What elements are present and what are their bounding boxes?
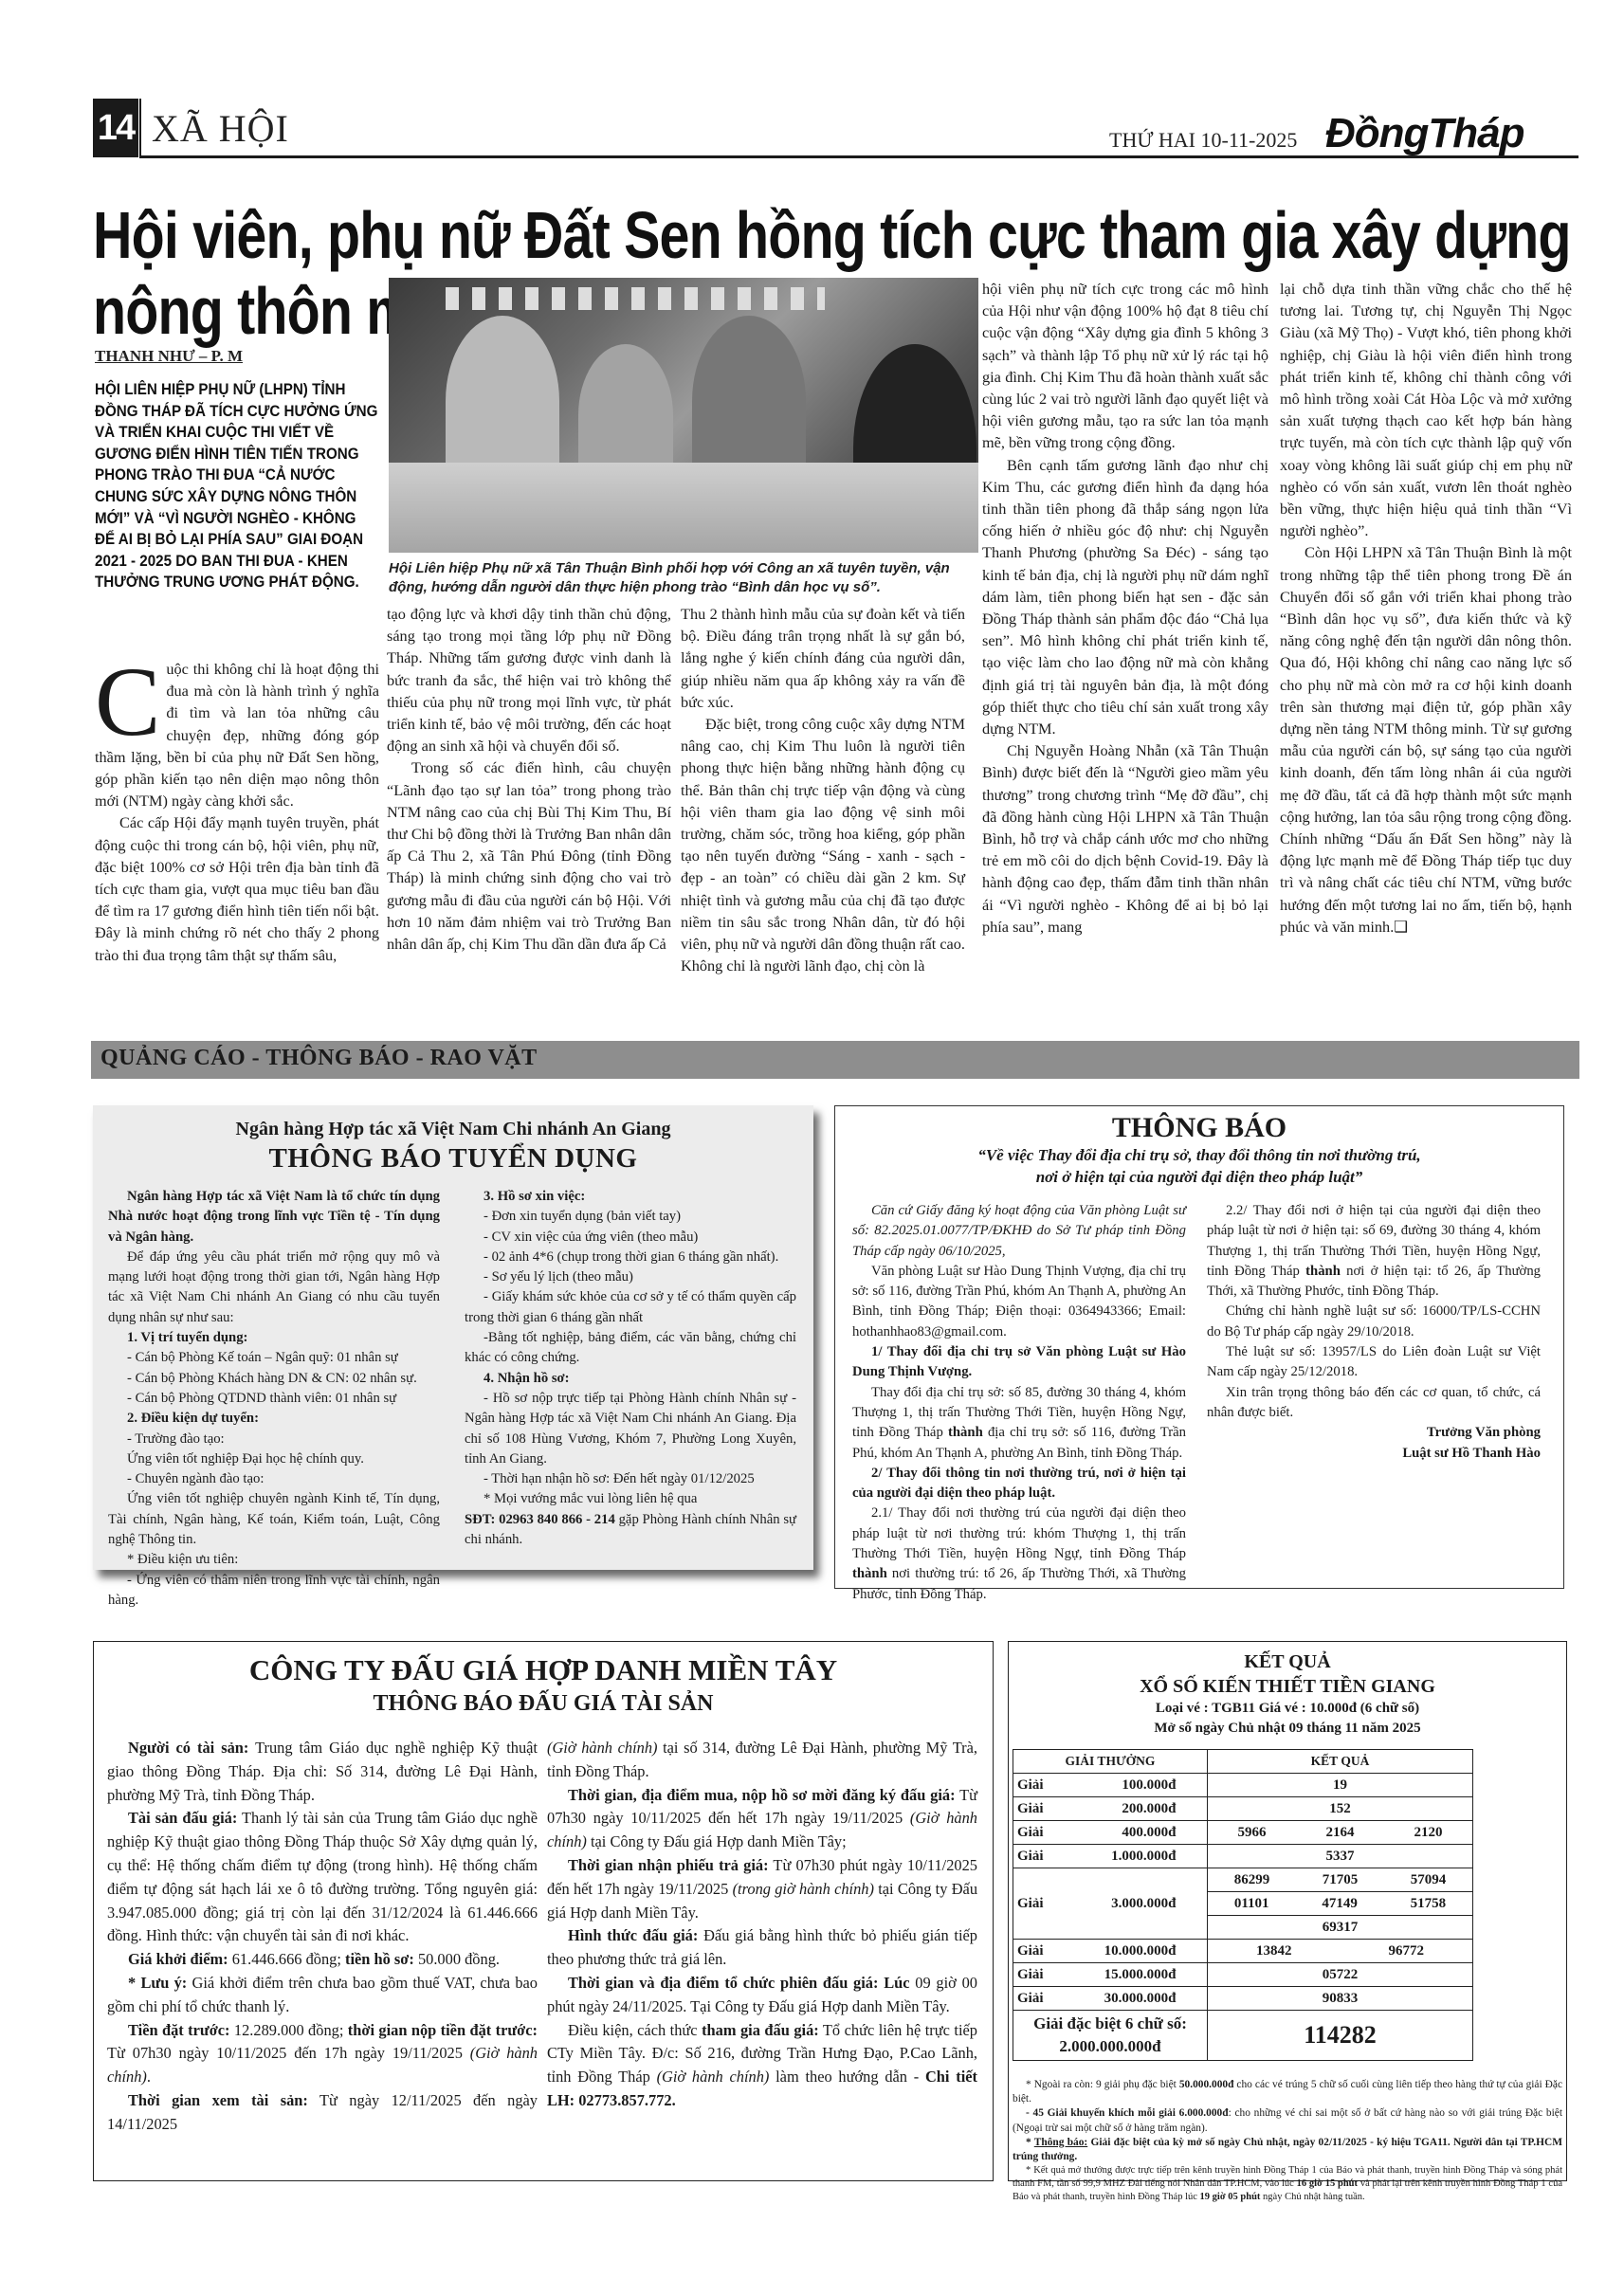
article-column-2: tạo động lực và khơi dậy tinh thần chủ đ…	[387, 603, 671, 955]
office-hours: (trong giờ hành chính)	[733, 1880, 874, 1898]
ad-column-left: Ngân hàng Hợp tác xã Việt Nam là tổ chức…	[108, 1187, 440, 1611]
label: Tài sản đấu giá:	[128, 1809, 237, 1827]
paragraph: Văn phòng Luật sư Hào Dung Thịnh Vượng, …	[852, 1264, 1186, 1320]
result-number: 47149	[1322, 1896, 1358, 1912]
column-header: GIẢI THƯỞNG	[1013, 1750, 1208, 1774]
paragraph: Thẻ luật sư số: 13957/LS do Liên đoàn Lu…	[1207, 1342, 1541, 1383]
paragraph: nơi thường trú: tổ 26, ấp Thường Thới, x…	[852, 1566, 1186, 1601]
paragraph: Đặc biệt, trong công cuộc xây dựng NTM n…	[681, 713, 965, 976]
result-number: 69317	[1208, 1916, 1473, 1940]
list-item: - CV xin việc của ứng viên (theo mẫu)	[465, 1228, 796, 1248]
column-header: KẾT QUẢ	[1208, 1750, 1473, 1774]
paragraph: Bên cạnh tấm gương lãnh đạo như chị Kim …	[982, 454, 1268, 740]
result-number: 2120	[1414, 1825, 1443, 1841]
notice-subtitle: “Về việc Thay đổi địa chỉ trụ sở, thay đ…	[835, 1144, 1563, 1188]
list-item: - Đơn xin tuyển dụng (bản viết tay)	[465, 1207, 796, 1227]
label: * Lưu ý:	[128, 1974, 187, 1992]
paragraph: Để đáp ứng yêu cầu phát triển mở rộng qu…	[108, 1248, 440, 1328]
photo-caption: Hội Liên hiệp Phụ nữ xã Tân Thuận Bình p…	[389, 559, 981, 597]
hanging-pots	[446, 287, 825, 310]
list-item: Ứng viên tốt nghiệp Đại học hệ chính quy…	[108, 1449, 440, 1469]
label: Hình thức đấu giá:	[568, 1926, 698, 1944]
section-heading: 2. Điều kiện dự tuyển:	[108, 1409, 440, 1429]
section-heading: 2/ Thay đổi thông tin nơi thường trú, nơ…	[852, 1464, 1186, 1504]
result-number: 05722	[1208, 1963, 1473, 1987]
auction-column-left: Người có tài sản: Trung tâm Giáo dục ngh…	[107, 1737, 538, 2137]
result-number: 19	[1208, 1774, 1473, 1797]
paragraph: Thu 2 thành hình mẫu của sự đoàn kết và …	[681, 603, 965, 713]
label: Giá khởi điểm:	[128, 1950, 228, 1968]
draw-date: Mở số ngày Chủ nhật 09 tháng 11 năm 2025	[1009, 1721, 1566, 1737]
paragraph: Trong số các điển hình, câu chuyện “Lãnh…	[387, 756, 671, 955]
result-number: 71705	[1323, 1872, 1359, 1888]
table-surface	[389, 463, 978, 553]
list-item: - Giấy khám sức khỏe của cơ sở y tế có t…	[465, 1287, 796, 1328]
label: tham gia đấu giá:	[702, 2021, 819, 2039]
auction-column-right: (Giờ hành chính) tại số 314, đường Lê Đạ…	[547, 1737, 977, 2113]
paragraph: Xin trân trọng thông báo đến các cơ quan…	[1207, 1383, 1541, 1424]
article-photo	[389, 278, 978, 553]
note-bold: - 45 Giải khuyến khích mỗi giải 6.000.00…	[1026, 2107, 1229, 2119]
result-number: 01101	[1234, 1896, 1269, 1912]
value: Điều kiện, cách thức	[568, 2021, 702, 2039]
table-row: Giải3.000.000đ 862997170557094	[1013, 1868, 1473, 1892]
note-text: ngày Chủ nhật hàng tuần.	[1260, 2192, 1364, 2202]
prize-amount: 1.000.000đ	[1044, 1849, 1177, 1865]
ad-column-right: 3. Hồ sơ xin việc: - Đơn xin tuyển dụng …	[465, 1187, 796, 1550]
auction-title: THÔNG BÁO ĐẤU GIÁ TÀI SẢN	[94, 1691, 993, 1717]
subtitle-line: nơi ở hiện tại của người đại diện theo p…	[835, 1166, 1563, 1188]
table-row: Giải15.000.000đ 05722	[1013, 1963, 1473, 1987]
result-number: 57094	[1411, 1872, 1447, 1888]
ad-title: THÔNG BÁO TUYỂN DỤNG	[93, 1143, 813, 1175]
prize-amount: 15.000.000đ	[1044, 1967, 1177, 1983]
prize-amount: 10.000.000đ	[1044, 1943, 1177, 1959]
special-prize-label: Giải đặc biệt 6 chữ số:	[1013, 2013, 1207, 2035]
article-column-4: hội viên phụ nữ tích cực trong các mô hì…	[982, 278, 1268, 938]
list-item: - Thời hạn nhận hồ sơ: Đến hết ngày 01/1…	[465, 1469, 796, 1489]
value: 12.289.000 đồng;	[230, 2021, 348, 2039]
result-number: 51758	[1411, 1896, 1447, 1912]
article-column-3: Thu 2 thành hình mẫu của sự đoàn kết và …	[681, 603, 965, 976]
list-item: - Hồ sơ nộp trực tiếp tại Phòng Hành chí…	[465, 1389, 796, 1469]
paragraph: Chị Nguyễn Hoàng Nhẫn (xã Tân Thuận Bình…	[982, 739, 1268, 938]
person-figure	[692, 316, 806, 486]
notice-title: THÔNG BÁO	[835, 1112, 1563, 1144]
signature-title: Trưởng Văn phòng	[1207, 1423, 1541, 1443]
prize-amount: 200.000đ	[1044, 1801, 1177, 1817]
result-number: 152	[1208, 1797, 1473, 1821]
paragraph: Các cấp Hội đẩy mạnh tuyên truyền, phát …	[95, 811, 379, 965]
office-hours: (Giờ hành chính)	[657, 2068, 770, 2086]
list-item: Ứng viên tốt nghiệp chuyên ngành Kinh tế…	[108, 1489, 440, 1550]
bold-word: thành	[852, 1566, 887, 1581]
list-item: - Trường đào tạo:	[108, 1430, 440, 1449]
special-prize-amount: 2.000.000.000đ	[1013, 2035, 1207, 2058]
auction-notice: CÔNG TY ĐẤU GIÁ HỢP DANH MIỀN TÂY THÔNG …	[93, 1641, 994, 2181]
recruitment-ad: Ngân hàng Hợp tác xã Việt Nam Chi nhánh …	[93, 1105, 813, 1570]
byline: THANH NHƯ – P. M	[95, 347, 243, 366]
article-headline: Hội viên, phụ nữ Đất Sen hồng tích cực t…	[93, 197, 1305, 273]
ticket-info: Loại vé : TGB11 Giá vé : 10.000đ (6 chữ …	[1009, 1701, 1566, 1717]
article-column-5: lại chỗ dựa tinh thần vững chắc cho thế …	[1280, 278, 1572, 938]
email-link[interactable]: hothanhhao83@gmail.com	[852, 1324, 1003, 1339]
header-rule	[139, 155, 1578, 158]
value: 61.446.666 đồng;	[228, 1950, 345, 1968]
notice-column-left: Căn cứ Giấy đăng ký hoạt động của Văn ph…	[852, 1201, 1186, 1605]
address-change-notice: THÔNG BÁO “Về việc Thay đổi địa chỉ trụ …	[834, 1105, 1564, 1589]
list-item: - Sơ yếu lý lịch (theo mẫu)	[465, 1267, 796, 1287]
lottery-results: KẾT QUẢ XỔ SỐ KIẾN THIẾT TIỀN GIANG Loại…	[1008, 1641, 1567, 2181]
header-divider	[139, 99, 141, 157]
list-item: - Cán bộ Phòng QTDND thành viên: 01 nhân…	[108, 1389, 440, 1409]
paragraph: Chứng chỉ hành nghề luật sư số: 16000/TP…	[1207, 1302, 1541, 1342]
list-item: - Chuyên ngành đào tạo:	[108, 1469, 440, 1489]
list-item: - 02 ảnh 4*6 (chụp trong thời gian 6 thá…	[465, 1248, 796, 1267]
result-number: 96772	[1389, 1943, 1425, 1959]
lottery-subtitle: XỔ SỐ KIẾN THIẾT TIỀN GIANG	[1009, 1676, 1566, 1698]
contact-phone: SĐT: 02963 840 866 - 214	[465, 1512, 615, 1527]
issue-date: THỨ HAI 10-11-2025	[1109, 128, 1297, 153]
label: Thời gian xem tài sản:	[128, 2091, 308, 2109]
section-heading: 1/ Thay đổi địa chỉ trụ sở Văn phòng Luậ…	[852, 1342, 1186, 1383]
paragraph: hội viên phụ nữ tích cực trong các mô hì…	[982, 278, 1268, 454]
value: tại Công ty Đấu giá Hợp danh Miền Tây;	[587, 1832, 847, 1850]
label: Thời gian và địa điểm tổ chức phiên đấu …	[568, 1974, 878, 1992]
paragraph: Căn cứ Giấy đăng ký hoạt động của Văn ph…	[852, 1201, 1186, 1262]
prize-label: Giải	[1017, 1991, 1044, 2006]
list-item: * Điều kiện ưu tiên:	[108, 1550, 440, 1570]
prize-label: Giải	[1017, 1825, 1044, 1840]
label: Thời gian nhận phiếu trả giá:	[568, 1856, 769, 1874]
paragraph: 2.1/ Thay đổi nơi thường trú của người đ…	[852, 1505, 1186, 1561]
note-bold: 50.000.000đ	[1179, 2079, 1234, 2090]
result-number: 2164	[1326, 1825, 1355, 1841]
article-lead: Hội Liên hiệp Phụ nữ (LHPN) tỉnh Đồng Th…	[95, 379, 379, 593]
ad-org-name: Ngân hàng Hợp tác xã Việt Nam Chi nhánh …	[93, 1119, 813, 1140]
article-column-1: C uộc thi không chỉ là hoạt động thi đua…	[95, 658, 379, 966]
list-item: * Mọi vướng mắc vui lòng liên hệ qua	[465, 1489, 796, 1509]
paragraph: tạo động lực và khơi dậy tinh thần chủ đ…	[387, 603, 671, 756]
subtitle-line: “Về việc Thay đổi địa chỉ trụ sở, thay đ…	[835, 1144, 1563, 1166]
note-text: * Ngoài ra còn: 9 giải phụ đặc biệt	[1026, 2079, 1179, 2090]
label: thời gian nộp tiền đặt trước:	[348, 2021, 538, 2039]
result-number: 5337	[1208, 1845, 1473, 1868]
person-figure	[446, 316, 559, 486]
prize-amount: 400.000đ	[1044, 1825, 1177, 1841]
table-row: Giải100.000đ 19	[1013, 1774, 1473, 1797]
list-item: - Ứng viên có thâm niên trong lĩnh vực t…	[108, 1571, 440, 1612]
note-bold: 19 giờ 05 phút	[1200, 2192, 1261, 2202]
prize-label: Giải	[1017, 1801, 1044, 1816]
prize-label: Giải	[1017, 1777, 1044, 1793]
label: Tiền đặt trước:	[128, 2021, 230, 2039]
note-text: Giải đặc biệt của kỳ mở số ngày Chủ nhật…	[1013, 2137, 1562, 2162]
page-number: 14	[93, 99, 138, 157]
bold-word: thành	[948, 1425, 983, 1440]
table-row-special: Giải đặc biệt 6 chữ số: 2.000.000.000đ 1…	[1013, 2011, 1473, 2061]
ads-section-bar: QUẢNG CÁO - THÔNG BÁO - RAO VẶT	[91, 1041, 1579, 1079]
prize-label: Giải	[1017, 1967, 1044, 1982]
newspaper-logo: ĐồngTháp	[1325, 110, 1524, 157]
paragraph: Ngân hàng Hợp tác xã Việt Nam là tổ chức…	[108, 1187, 440, 1248]
section-heading: 3. Hồ sơ xin việc:	[465, 1187, 796, 1207]
table-row: Giải30.000.000đ 90833	[1013, 1987, 1473, 2011]
results-table: GIẢI THƯỞNG KẾT QUẢ Giải100.000đ 19 Giải…	[1013, 1749, 1473, 2061]
bold-word: thành	[1305, 1264, 1341, 1279]
ads-section-title: QUẢNG CÁO - THÔNG BÁO - RAO VẶT	[100, 1046, 538, 1071]
label: Thời gian, địa điểm mua, nộp hồ sơ mời đ…	[568, 1786, 956, 1804]
value: 50.000 đồng.	[414, 1950, 500, 1968]
prize-label: Giải	[1017, 1896, 1044, 1911]
label: tiền hồ sơ:	[345, 1950, 414, 1968]
table-row: Giải200.000đ 152	[1013, 1797, 1473, 1821]
value: Từ 07h30 ngày 10/11/2025 đến 17h ngày 19…	[107, 2044, 470, 2062]
list-item: - Cán bộ Phòng Khách hàng DN & CN: 02 nh…	[108, 1369, 440, 1389]
lottery-title: KẾT QUẢ	[1009, 1651, 1566, 1673]
end-mark-icon: ❑	[1394, 918, 1408, 936]
prize-label: Giải	[1017, 1849, 1044, 1864]
label: Người có tài sản:	[128, 1739, 248, 1757]
result-number: 5966	[1238, 1825, 1267, 1841]
section-title: XÃ HỘI	[152, 106, 289, 151]
prize-label: Giải	[1017, 1943, 1044, 1959]
paragraph: Còn Hội LHPN xã Tân Thuận Bình là một tr…	[1280, 543, 1572, 935]
prize-amount: 30.000.000đ	[1044, 1991, 1177, 2007]
paragraph: lại chỗ dựa tinh thần vững chắc cho thế …	[1280, 278, 1572, 541]
result-number: 90833	[1208, 1987, 1473, 2011]
notice-column-right: 2.2/ Thay đổi nơi ở hiện tại của người đ…	[1207, 1201, 1541, 1464]
prize-amount: 100.000đ	[1044, 1777, 1177, 1794]
label: Lúc	[884, 1974, 909, 1992]
note-underline: Thông báo:	[1034, 2137, 1087, 2148]
section-heading: 1. Vị trí tuyển dụng:	[108, 1328, 440, 1348]
note-bold: 16 giờ 15 phút	[1297, 2178, 1358, 2189]
lottery-notes: * Ngoài ra còn: 9 giải phụ đặc biệt 50.0…	[1013, 2078, 1562, 2204]
office-hours: (Giờ hành chính)	[547, 1739, 657, 1757]
drop-cap: C	[95, 662, 160, 743]
prize-amount: 3.000.000đ	[1044, 1896, 1177, 1912]
value: làm theo hướng dẫn -	[769, 2068, 925, 2086]
result-number: 13842	[1256, 1943, 1292, 1959]
list-item: - Cán bộ Phòng Kế toán – Ngân quỹ: 01 nh…	[108, 1348, 440, 1368]
result-number: 86299	[1234, 1872, 1270, 1888]
table-row: Giải1.000.000đ 5337	[1013, 1845, 1473, 1868]
section-heading: 4. Nhận hồ sơ:	[465, 1369, 796, 1389]
value: Thanh lý tài sản của Trung tâm Giáo dục …	[107, 1809, 538, 1944]
special-prize-number: 114282	[1208, 2011, 1473, 2061]
list-item: -Bằng tốt nghiệp, bảng điểm, các văn bằn…	[465, 1328, 796, 1369]
auction-company: CÔNG TY ĐẤU GIÁ HỢP DANH MIỀN TÂY	[94, 1653, 993, 1687]
signature-name: Luật sư Hồ Thanh Hào	[1207, 1444, 1541, 1464]
table-row: Giải10.000.000đ 1384296772	[1013, 1940, 1473, 1963]
table-row: Giải400.000đ 596621642120	[1013, 1821, 1473, 1845]
